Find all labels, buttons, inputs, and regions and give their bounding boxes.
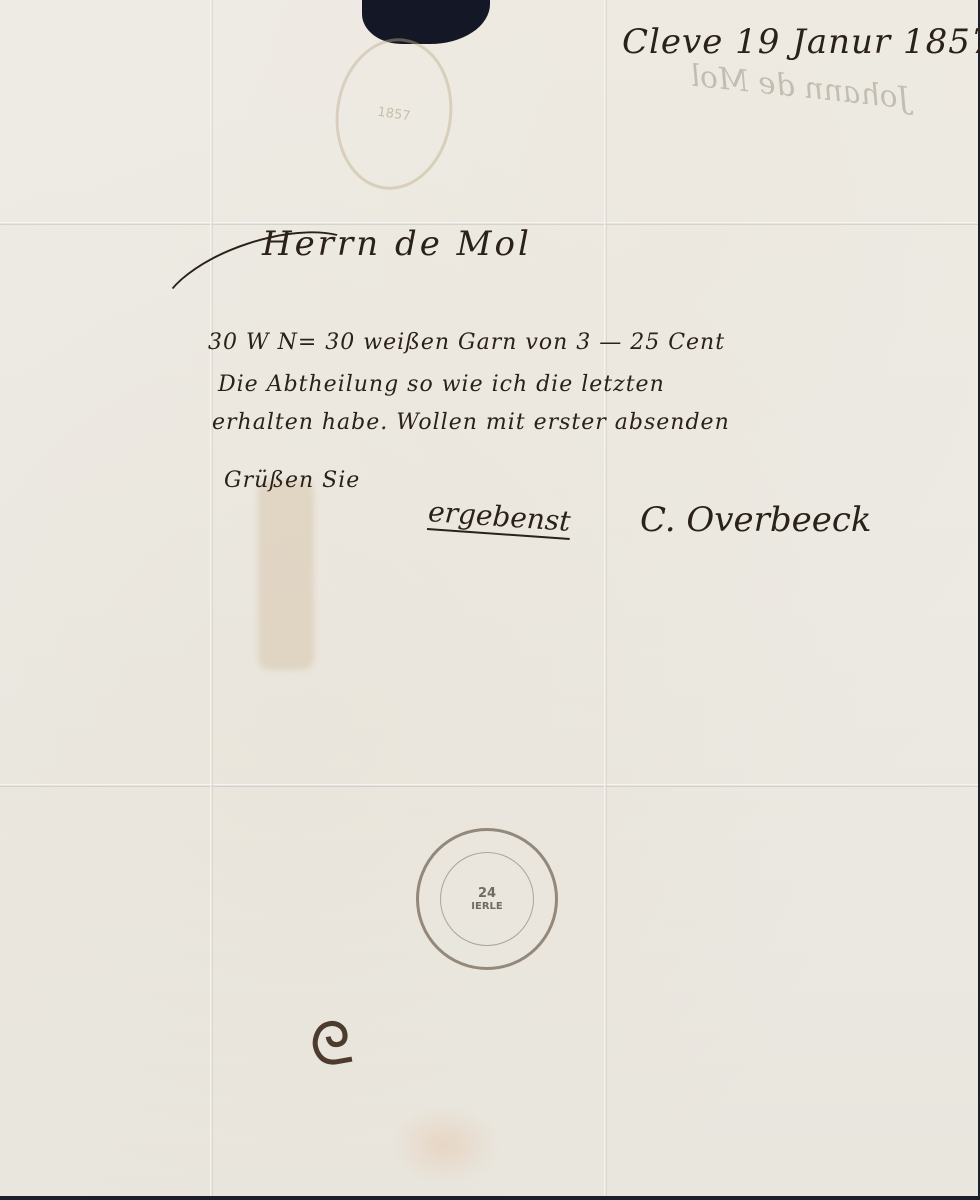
postmark-bottom: 24 IERLE: [416, 828, 558, 970]
water-stain: [258, 480, 314, 670]
body-line-3: erhalten habe. Wollen mit erster absende…: [212, 410, 730, 435]
postmark-top-text: 1857: [377, 104, 412, 123]
signature: C. Overbeeck: [640, 500, 872, 540]
postmark-date: 24: [478, 886, 496, 901]
postmark-bottom-inner: 24 IERLE: [440, 852, 534, 946]
torn-corner: [362, 0, 490, 44]
closing-scribble: ergebenst: [427, 495, 572, 540]
postmark-rim-text: IERLE: [471, 901, 502, 912]
fold-line-bottom: [0, 784, 978, 787]
bottom-ink-mark: ᘓ: [304, 1007, 358, 1083]
body-line-1: 30 W N= 30 weißen Garn von 3 — 25 Cent: [208, 330, 725, 355]
fold-line-right: [604, 0, 607, 1196]
fold-line-left: [210, 0, 213, 1196]
wax-seal-residue: [390, 1105, 500, 1185]
bleed-through-text: Johann de Mol: [689, 59, 912, 117]
place-date: Cleve 19 Janur 1857: [622, 22, 980, 62]
body-line-4: Grüßen Sie: [224, 468, 360, 493]
body-line-2: Die Abtheilung so wie ich die letzten: [218, 372, 665, 397]
postmark-top: 1857: [326, 31, 462, 198]
letter-sheet: 1857 Johann de Mol Cleve 19 Janur 1857 H…: [0, 0, 978, 1196]
addressee: Herrn de Mol: [262, 224, 532, 264]
